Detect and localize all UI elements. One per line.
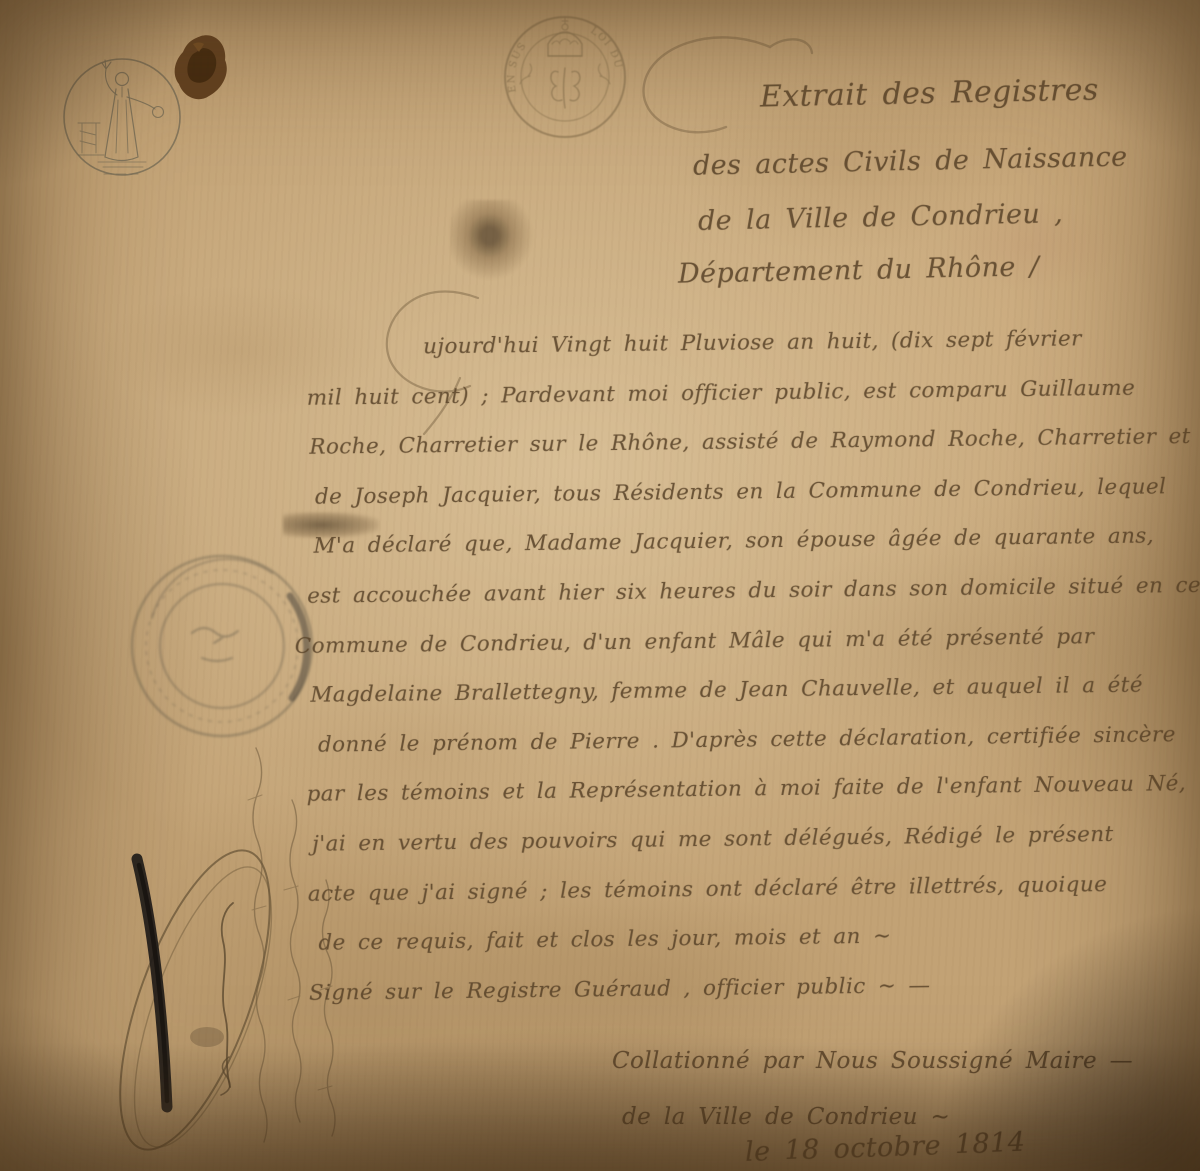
ink-spot-stain [450, 200, 538, 285]
svg-text:EN SUS: EN SUS [506, 40, 529, 94]
stamp-arc-left-text: EN SUS [506, 40, 529, 94]
body-text-block: ujourd'hui Vingt huit Pluviose an huit, … [288, 326, 1146, 1031]
closing-line-2: de la Ville de Condrieu ∼ [622, 1104, 950, 1130]
wax-blob-stain [163, 30, 233, 110]
closing-line-1: Collationné par Nous Soussigné Maire — [612, 1048, 1133, 1074]
body-line: Signé sur le Registre Guéraud , officier… [309, 970, 1147, 1030]
body-line: ujourd'hui Vingt huit Pluviose an huit, … [423, 326, 1139, 384]
header-line-3: de la Ville de Condrieu , [698, 198, 1064, 237]
aged-document-page: EN SUS LOI DU Extrait des Registres des … [0, 0, 1200, 1171]
crowned-fiscal-stamp: EN SUS LOI DU [500, 10, 630, 145]
closing-date-line: le 18 octobre 1814 [745, 1127, 1026, 1168]
header-line-1: Extrait des Registres [760, 72, 1099, 114]
header-line-4: Département du Rhône ∕ [678, 251, 1040, 290]
